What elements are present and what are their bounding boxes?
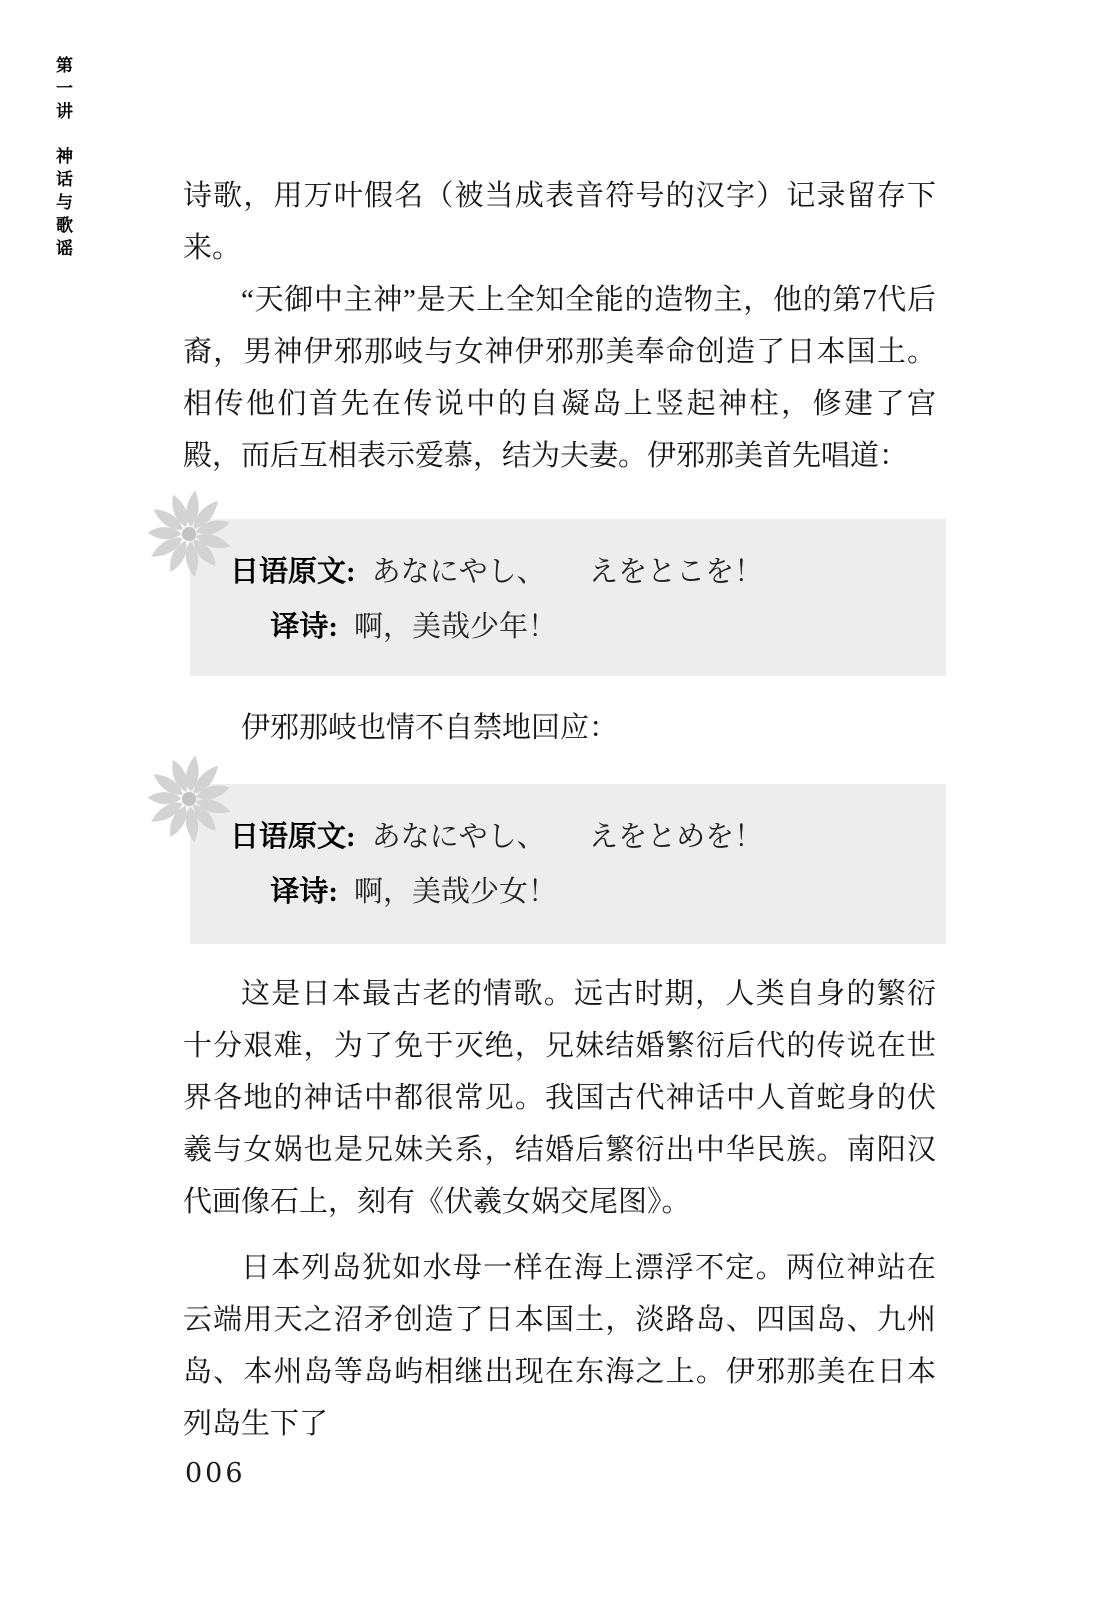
paragraph: 这是日本最古老的情歌。远古时期，人类自身的繁衍十分艰难，为了免于灭绝，兄妹结婚繁… <box>183 968 936 1228</box>
chapter-header: 第一讲神话与歌谣 <box>50 56 75 316</box>
poem-box-2: 日语原文: あなにやし、 えをとめを！ 译诗: 啊，美哉少女！ <box>190 784 946 944</box>
original-label: 日语原文: <box>230 545 356 600</box>
flower-icon <box>142 487 236 581</box>
translation-label: 译诗: <box>230 865 338 920</box>
poem-original-row: 日语原文: あなにやし、 えをとめを！ <box>230 810 946 865</box>
poem-translation-row: 译诗: 啊，美哉少女！ <box>230 865 946 920</box>
flower-icon <box>142 752 236 846</box>
poem-box-1: 日语原文: あなにやし、 えをとこを！ 译诗: 啊，美哉少年！ <box>190 519 946 676</box>
original-text: あなにやし、 えをとこを！ <box>372 545 764 600</box>
paragraph: 伊邪那岐也情不自禁地回应： <box>183 702 936 754</box>
original-text: あなにやし、 えをとめを！ <box>372 810 764 865</box>
poem-original-row: 日语原文: あなにやし、 えをとこを！ <box>230 545 946 600</box>
page-number: 006 <box>185 1458 246 1489</box>
chapter-title-label: 神话与歌谣 <box>53 147 72 262</box>
page-content: 诗歌，用万叶假名（被当成表音符号的汉字）记录留存下来。 “天御中主神”是天上全知… <box>183 170 936 1450</box>
paragraph-continuation: 诗歌，用万叶假名（被当成表音符号的汉字）记录留存下来。 <box>183 170 936 274</box>
chapter-number-label: 第一讲 <box>53 56 72 125</box>
translation-label: 译诗: <box>230 600 338 655</box>
paragraph: “天御中主神”是天上全知全能的造物主，他的第7代后裔，男神伊邪那岐与女神伊邪那美… <box>183 274 936 482</box>
original-label: 日语原文: <box>230 810 356 865</box>
translation-text: 啊，美哉少年！ <box>354 600 557 655</box>
paragraph: 日本列岛犹如水母一样在海上漂浮不定。两位神站在云端用天之沼矛创造了日本国土，淡路… <box>183 1242 936 1450</box>
poem-translation-row: 译诗: 啊，美哉少年！ <box>230 600 946 655</box>
translation-text: 啊，美哉少女！ <box>354 865 557 920</box>
